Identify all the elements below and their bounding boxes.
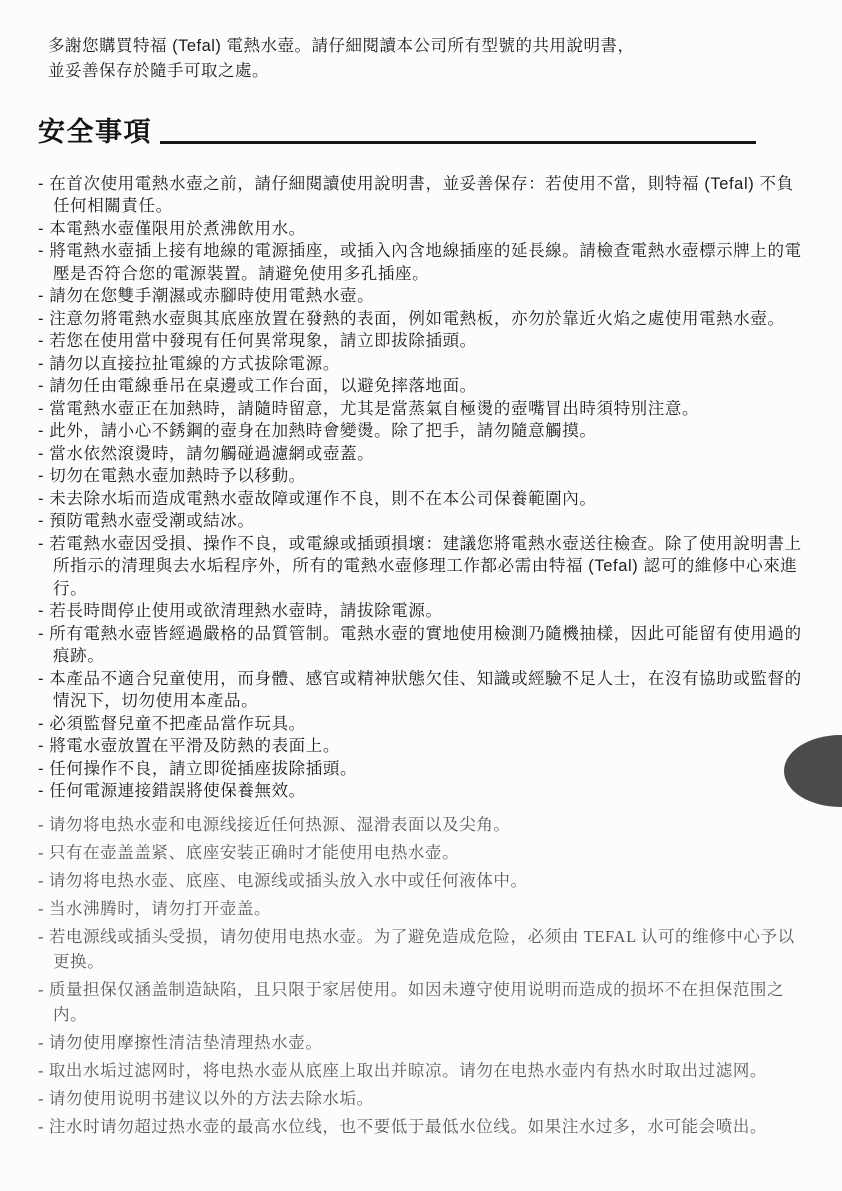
safety-item: - 預防電熱水壺受潮或結冰。 — [38, 510, 804, 533]
safety-item: - 若您在使用當中發現有任何異常現象，請立即拔除插頭。 — [38, 330, 804, 353]
safety-item: - 请勿使用摩擦性清洁垫清理热水壶。 — [38, 1030, 804, 1055]
manual-page: 多謝您購買特福 (Tefal) 電熱水壺。請仔細閱讀本公司所有型號的共用說明書，… — [0, 0, 842, 1191]
safety-list-simplified: - 请勿将电热水壶和电源线接近任何热源、湿滑表面以及尖角。 - 只有在壶盖盖紧、… — [38, 812, 804, 1139]
safety-item: - 任何操作不良，請立即從插座拔除插頭。 — [38, 758, 804, 781]
safety-list-traditional: - 在首次使用電熱水壺之前，請仔細閱讀使用說明書，並妥善保存：若使用不當，則特福… — [38, 173, 804, 803]
safety-item: - 本電熱水壺僅限用於煮沸飲用水。 — [38, 218, 804, 241]
safety-item: - 任何電源連接錯誤將使保養無效。 — [38, 780, 804, 803]
safety-item: - 注意勿將電熱水壺與其底座放置在發熱的表面，例如電熱板，亦勿於靠近火焰之處使用… — [38, 308, 804, 331]
safety-item: - 所有電熱水壺皆經過嚴格的品質管制。電熱水壺的實地使用檢測乃隨機抽樣，因此可能… — [38, 623, 804, 668]
safety-item: - 切勿在電熱水壺加熱時予以移動。 — [38, 465, 804, 488]
safety-item: - 將電熱水壺插上接有地線的電源插座，或插入內含地線插座的延長線。請檢查電熱水壺… — [38, 240, 804, 285]
safety-item: - 请勿将电热水壶和电源线接近任何热源、湿滑表面以及尖角。 — [38, 812, 804, 837]
intro-paragraph: 多謝您購買特福 (Tefal) 電熱水壺。請仔細閱讀本公司所有型號的共用說明書，… — [48, 34, 806, 84]
safety-item: - 當水依然滾燙時，請勿觸碰過濾網或壺蓋。 — [38, 443, 804, 466]
safety-item: - 当水沸腾时，请勿打开壶盖。 — [38, 896, 804, 921]
safety-item: - 若長時間停止使用或欲清理熱水壺時，請拔除電源。 — [38, 600, 804, 623]
safety-item: - 未去除水垢而造成電熱水壺故障或運作不良，則不在本公司保養範圍內。 — [38, 488, 804, 511]
safety-item: - 此外，請小心不銹鋼的壺身在加熱時會變燙。除了把手，請勿隨意觸摸。 — [38, 420, 804, 443]
safety-item: - 請勿任由電線垂吊在桌邊或工作台面，以避免摔落地面。 — [38, 375, 804, 398]
section-title: 安全事項 — [38, 118, 152, 148]
safety-item: - 质量担保仅涵盖制造缺陷，且只限于家居使用。如因未遵守使用说明而造成的损坏不在… — [38, 977, 804, 1027]
safety-item: - 當電熱水壺正在加熱時，請隨時留意，尤其是當蒸氣自極燙的壺嘴冒出時須特別注意。 — [38, 398, 804, 421]
safety-item: - 若電熱水壺因受損、操作不良，或電線或插頭損壞：建議您將電熱水壺送往檢查。除了… — [38, 533, 804, 601]
safety-item: - 取出水垢过滤网时，将电热水壶从底座上取出并晾凉。请勿在电热水壶内有热水时取出… — [38, 1058, 804, 1083]
safety-item: - 本產品不適合兒童使用，而身體、感官或精神狀態欠佳、知識或經驗不足人士，在沒有… — [38, 668, 804, 713]
safety-item: - 注水时请勿超过热水壶的最高水位线，也不要低于最低水位线。如果注水过多，水可能… — [38, 1114, 804, 1139]
safety-item: - 请勿使用说明书建议以外的方法去除水垢。 — [38, 1086, 804, 1111]
heading-underline — [160, 141, 756, 144]
section-heading-row: 安全事項 — [38, 118, 756, 148]
safety-item: - 在首次使用電熱水壺之前，請仔細閱讀使用說明書，並妥善保存：若使用不當，則特福… — [38, 173, 804, 218]
safety-item: - 請勿在您雙手潮濕或赤腳時使用電熱水壺。 — [38, 285, 804, 308]
safety-item: - 請勿以直接拉扯電線的方式拔除電源。 — [38, 353, 804, 376]
safety-item: - 只有在壶盖盖紧、底座安装正确时才能使用电热水壶。 — [38, 840, 804, 865]
safety-item: - 必須監督兒童不把產品當作玩具。 — [38, 713, 804, 736]
safety-item: - 请勿将电热水壶、底座、电源线或插头放入水中或任何液体中。 — [38, 868, 804, 893]
safety-item: - 將電水壺放置在平滑及防熱的表面上。 — [38, 735, 804, 758]
safety-item: - 若电源线或插头受损，请勿使用电热水壶。为了避免造成危险，必须由 TEFAL … — [38, 924, 804, 974]
